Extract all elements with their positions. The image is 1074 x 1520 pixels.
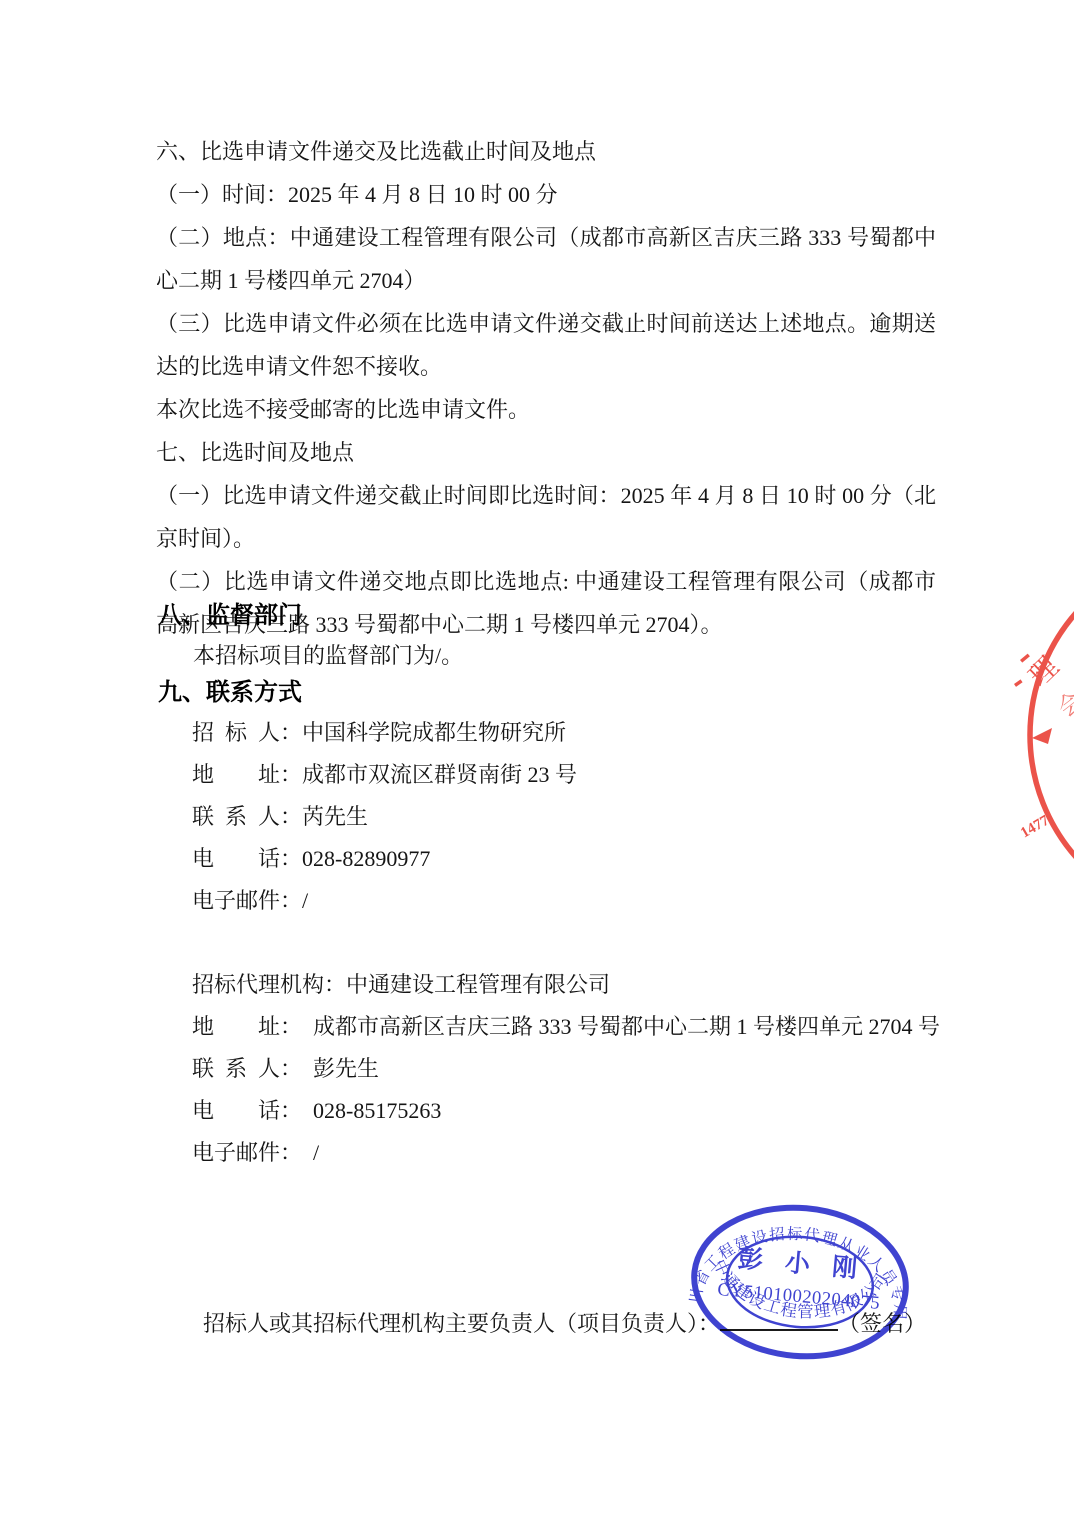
signature-blank-underline bbox=[720, 1305, 838, 1331]
red-round-stamp: 理 会 1477 bbox=[980, 588, 1074, 918]
tenderer-contact-block: 招 标 人：中国科学院成都生物研究所 地 址：成都市双流区群贤南街 23 号 联… bbox=[192, 712, 952, 922]
tenderer-phone-row: 电 话：028-82890977 bbox=[192, 838, 952, 880]
red-stamp-ink-dash-2 bbox=[1014, 679, 1023, 686]
document-body: 六、比选申请文件递交及比选截止时间及地点 （一）时间：2025 年 4 月 8 … bbox=[156, 130, 936, 646]
tenderer-address-row: 地 址：成都市双流区群贤南街 23 号 bbox=[192, 754, 952, 796]
tenderer-name-row: 招 标 人：中国科学院成都生物研究所 bbox=[192, 712, 952, 754]
section6-item-deadline: （三）比选申请文件必须在比选申请文件递交截止时间前送达上述地点。逾期送达的比选申… bbox=[156, 302, 936, 388]
agent-address-row: 地 址： 成都市高新区吉庆三路 333 号蜀都中心二期 1 号楼四单元 2704… bbox=[192, 1006, 952, 1048]
signature-line-prefix: 招标人或其招标代理机构主要负责人（项目负责人）： bbox=[203, 1311, 720, 1336]
section7-heading: 七、比选时间及地点 bbox=[156, 431, 936, 474]
supervision-text: 本招标项目的监督部门为/。 bbox=[193, 638, 893, 674]
agent-email-row: 电子邮件： / bbox=[192, 1132, 952, 1174]
section6-heading: 六、比选申请文件递交及比选截止时间及地点 bbox=[156, 130, 936, 173]
agent-contact-block: 招标代理机构：中通建设工程管理有限公司 地 址： 成都市高新区吉庆三路 333 … bbox=[192, 964, 952, 1174]
red-stamp-ring bbox=[1030, 588, 1074, 918]
tenderer-contact-row: 联 系 人：芮先生 bbox=[192, 796, 952, 838]
blue-stamp-person-name: 彭 小 刚 bbox=[737, 1244, 867, 1284]
red-stamp-char-fragment-2: 会 bbox=[1053, 687, 1074, 723]
red-stamp-char-fragment-1: 理 bbox=[1023, 651, 1065, 693]
document-page: 六、比选申请文件递交及比选截止时间及地点 （一）时间：2025 年 4 月 8 … bbox=[0, 0, 1074, 1520]
red-stamp-digit-fragment: 1477 bbox=[1018, 812, 1052, 841]
section6-note-no-mail: 本次比选不接受邮寄的比选申请文件。 bbox=[156, 388, 936, 431]
signature-line-suffix: （签名） bbox=[838, 1311, 926, 1336]
section8-heading: 八、监督部门 bbox=[158, 601, 858, 631]
blue-oval-stamp: 四川省工程建设招标代理从业人员专用章 中通建设工程管理有限公司 彭 小 刚 CY… bbox=[645, 1164, 955, 1404]
section9-heading: 九、联系方式 bbox=[158, 678, 858, 708]
section7-item-time: （一）比选申请文件递交截止时间即比选时间：2025 年 4 月 8 日 10 时… bbox=[156, 474, 936, 560]
section6-item-place: （二）地点：中通建设工程管理有限公司（成都市高新区吉庆三路 333 号蜀都中心二… bbox=[156, 216, 936, 302]
agent-name-row: 招标代理机构：中通建设工程管理有限公司 bbox=[192, 964, 952, 1006]
agent-contact-row: 联 系 人： 彭先生 bbox=[192, 1048, 952, 1090]
agent-phone-row: 电 话： 028-85175263 bbox=[192, 1090, 952, 1132]
section6-item-time: （一）时间：2025 年 4 月 8 日 10 时 00 分 bbox=[156, 173, 936, 216]
tenderer-email-row: 电子邮件：/ bbox=[192, 880, 952, 922]
signature-line: 招标人或其招标代理机构主要负责人（项目负责人）：（签名） bbox=[203, 1303, 1023, 1345]
red-stamp-ink-wedge bbox=[1032, 728, 1052, 744]
red-stamp-ink-dash-1 bbox=[1020, 654, 1030, 663]
